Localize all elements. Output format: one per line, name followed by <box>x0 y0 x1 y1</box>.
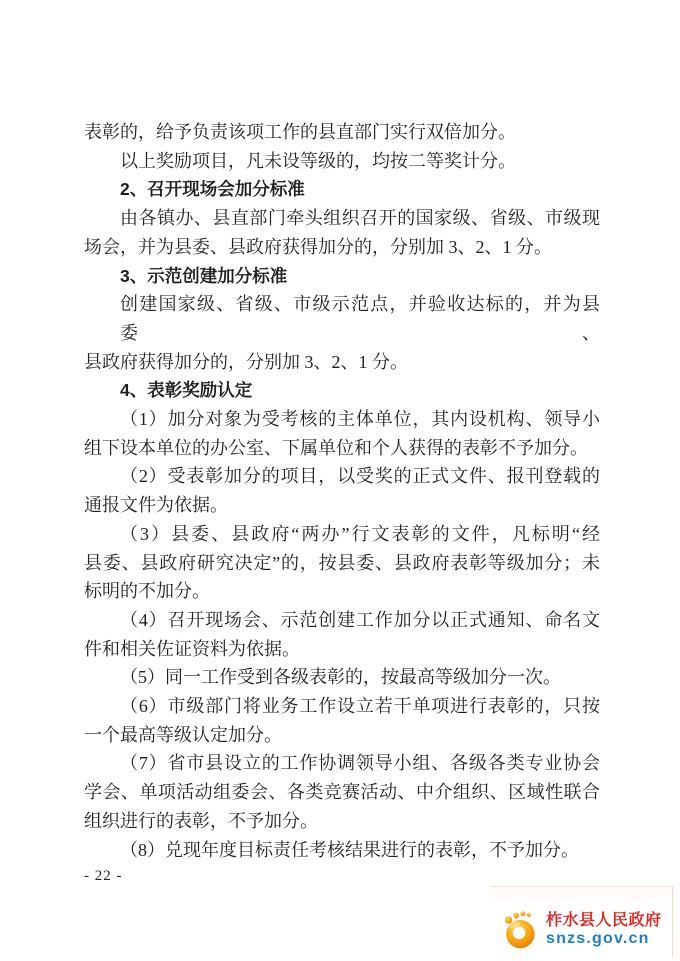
text-line: （3）县委、县政府“两办”行文表彰的文件，凡标明“经 <box>84 520 600 549</box>
text-line: 表彰的，给予负责该项工作的县直部门实行双倍加分。 <box>84 118 600 147</box>
text-line: 县委、县政府研究决定”的，按县委、县政府表彰等级加分；未 <box>84 549 600 578</box>
text-line: （6）市级部门将业务工作设立若干单项进行表彰的，只按 <box>84 692 600 721</box>
text-line: 标明的不加分。 <box>84 577 600 606</box>
text-line: （1）加分对象为受考核的主体单位，其内设机构、领导小 <box>84 405 600 434</box>
text-line: （4）召开现场会、示范创建工作加分以正式通知、命名文 <box>84 606 600 635</box>
text-line: 场会，并为县委、县政府获得加分的，分别加 3、2、1 分。 <box>84 233 600 262</box>
heading-line: 2、召开现场会加分标准 <box>84 175 600 204</box>
heading-line: 4、表彰奖励认定 <box>84 376 600 405</box>
text-line: （8）兑现年度目标责任考核结果进行的表彰，不予加分。 <box>84 836 600 865</box>
text-line: （2）受表彰加分的项目，以受奖的正式文件、报刊登载的 <box>84 462 600 491</box>
text-line: 县政府获得加分的，分别加 3、2、1 分。 <box>84 348 600 377</box>
text-line: 创建国家级、省级、市级示范点，并验收达标的，并为县委、 <box>84 290 600 347</box>
site-watermark: 柞水县人民政府 snzs.gov.cn <box>490 886 673 956</box>
text-line: 通报文件为依据。 <box>84 491 600 520</box>
text-line: （5）同一工作受到各级表彰的，按最高等级加分一次。 <box>84 663 600 692</box>
text-line: 以上奖励项目，凡未设等级的，均按二等奖计分。 <box>84 147 600 176</box>
page-number: - 22 - <box>84 868 123 885</box>
text-line: 件和相关佐证资料为依据。 <box>84 635 600 664</box>
text-line: 一个最高等级认定加分。 <box>84 721 600 750</box>
document-page: 表彰的，给予负责该项工作的县直部门实行双倍加分。以上奖励项目，凡未设等级的，均按… <box>0 0 680 961</box>
text-line: 由各镇办、县直部门牵头组织召开的国家级、省级、市级现 <box>84 204 600 233</box>
site-name: 柞水县人民政府 <box>546 911 668 930</box>
site-url: snzs.gov.cn <box>546 930 668 947</box>
text-line: 组下设本单位的办公室、下属单位和个人获得的表彰不予加分。 <box>84 434 600 463</box>
heading-line: 3、示范创建加分标准 <box>84 262 600 291</box>
paw-icon <box>502 910 542 950</box>
text-line: （7）省市县设立的工作协调领导小组、各级各类专业协会 <box>84 749 600 778</box>
text-line: 学会、单项活动组委会、各类竞赛活动、中介组织、区域性联合 <box>84 778 600 807</box>
watermark-text: 柞水县人民政府 snzs.gov.cn <box>546 911 668 947</box>
document-body: 表彰的，给予负责该项工作的县直部门实行双倍加分。以上奖励项目，凡未设等级的，均按… <box>84 118 600 864</box>
text-line: 组织进行的表彰，不予加分。 <box>84 807 600 836</box>
